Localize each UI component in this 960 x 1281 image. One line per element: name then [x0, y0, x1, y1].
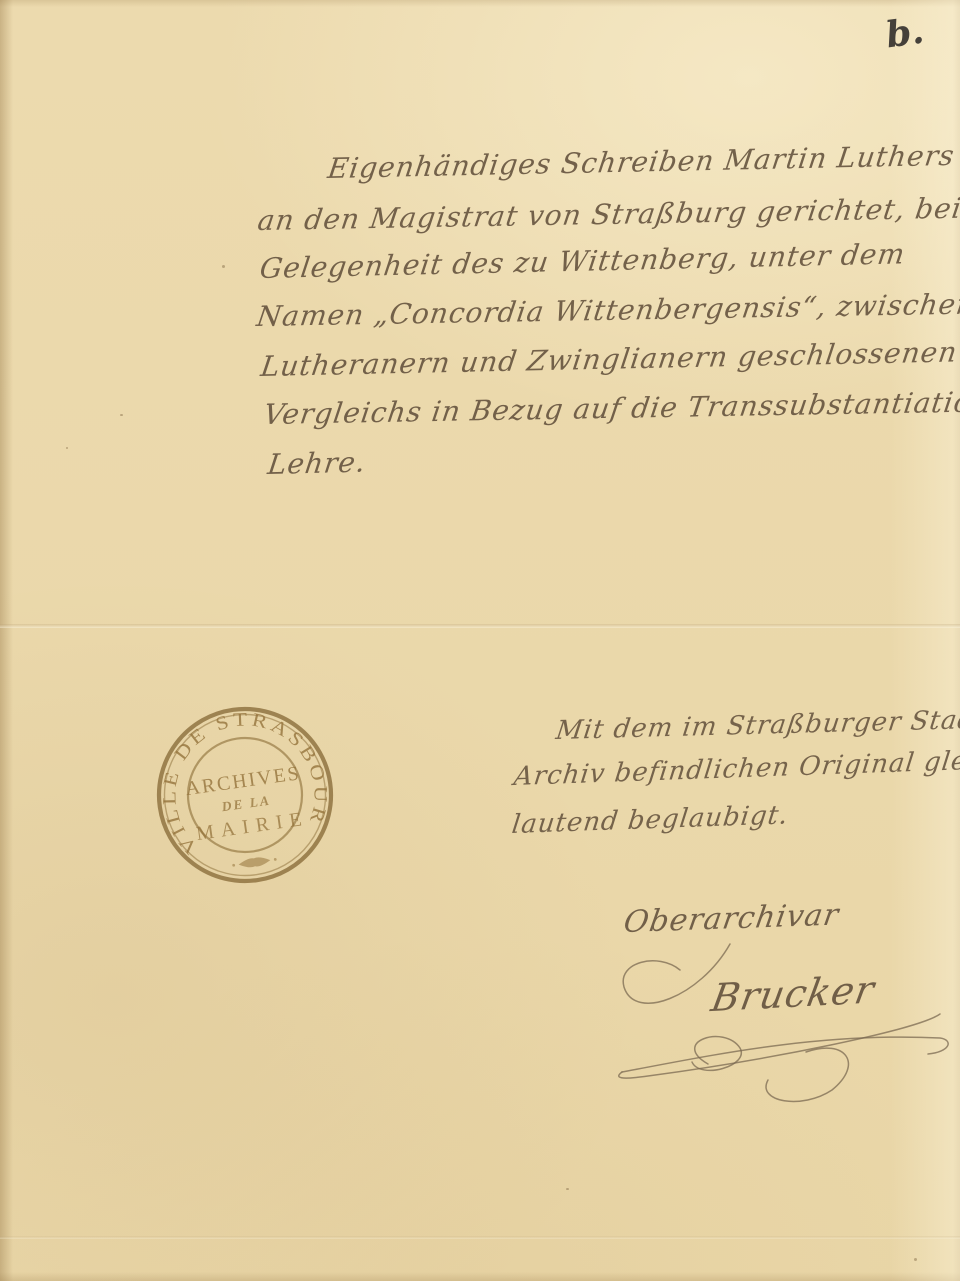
- folio-mark: b.: [883, 10, 926, 57]
- paper-speck: [222, 265, 225, 268]
- fold-crease: [0, 624, 960, 628]
- paper-edge-shadow-left: [0, 0, 13, 1281]
- scanned-document-page: b. Eigenhändiges Schreiben Martin Luther…: [0, 0, 960, 1281]
- paper-edge-shadow-top: [0, 0, 960, 7]
- stamp-center-line: ARCHIVES: [184, 762, 302, 800]
- paper-speck: [914, 1258, 917, 1261]
- paper-edge-shadow-bottom: [0, 1272, 960, 1281]
- paper-speck: [120, 414, 123, 416]
- signature-flourish: [588, 1008, 960, 1118]
- paper-speck: [566, 1188, 569, 1190]
- manuscript-line: Namen „Concordia Wittenbergensis“, zwisc…: [255, 286, 960, 333]
- stamp-center-line: MAIRIE: [195, 808, 310, 846]
- stamp-ornament-icon: [232, 855, 278, 870]
- fold-crease: [0, 1236, 960, 1239]
- stamp-middle-ring: [154, 704, 336, 886]
- stamp-center-line: DE LA: [220, 793, 272, 815]
- archive-round-stamp: VILLE DE STRASBOURG ARCHIVES DE LA MAIRI…: [146, 696, 344, 894]
- signer-role: Oberarchivar: [621, 897, 841, 940]
- manuscript-line: Lutheranern und Zwinglianern geschlossen…: [259, 335, 960, 383]
- manuscript-line: Eigenhändiges Schreiben Martin Luthers: [326, 139, 957, 185]
- certification-line: lautend beglaubigt.: [510, 800, 790, 840]
- manuscript-line: Lehre.: [266, 445, 368, 481]
- paper-speck: [66, 447, 68, 449]
- manuscript-line: an den Magistrat von Straßburg gerichtet…: [256, 192, 960, 237]
- manuscript-line: Vergleichs in Bezug auf die Transsubstan…: [262, 385, 960, 431]
- manuscript-line: Gelegenheit des zu Wittenberg, unter dem: [258, 237, 908, 285]
